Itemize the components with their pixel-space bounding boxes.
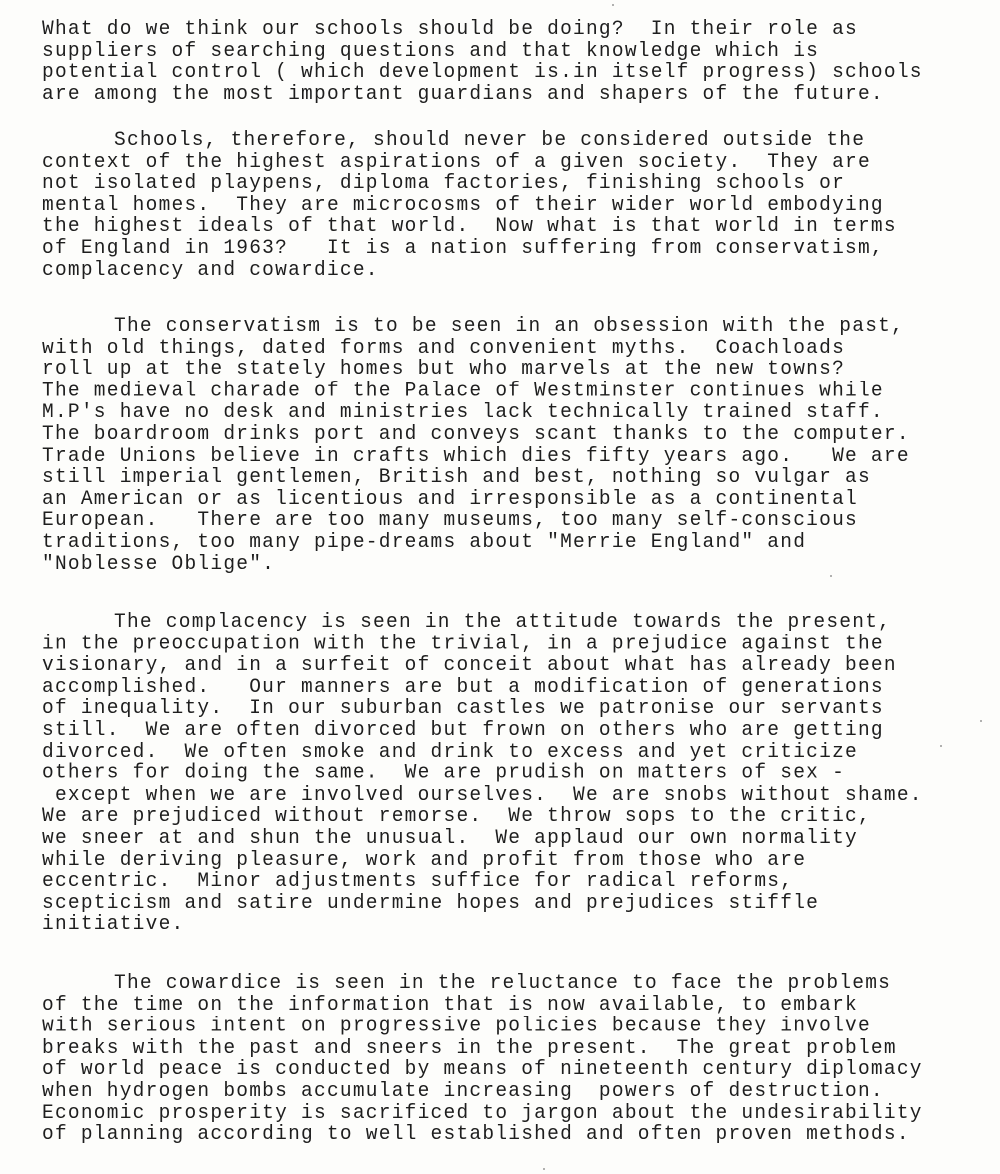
text-line: traditions, too many pipe-dreams about "… xyxy=(42,531,910,554)
text-line: while deriving pleasure, work and profit… xyxy=(42,849,923,872)
text-line: eccentric. Minor adjustments suffice for… xyxy=(42,870,923,893)
text-line: divorced. We often smoke and drink to ex… xyxy=(42,741,923,764)
paragraph-conservatism: The conservatism is to be seen in an obs… xyxy=(42,315,910,574)
text-line: Schools, therefore, should never be cons… xyxy=(42,129,897,152)
text-line: with old things, dated forms and conveni… xyxy=(42,337,910,360)
text-line: potential control ( which development is… xyxy=(42,61,923,84)
text-line: others for doing the same. We are prudis… xyxy=(42,762,923,785)
text-line: of world peace is conducted by means of … xyxy=(42,1058,923,1081)
paragraph-aspirations: Schools, therefore, should never be cons… xyxy=(42,129,897,280)
paragraph-cowardice: The cowardice is seen in the reluctance … xyxy=(42,972,923,1145)
text-line: of inequality. In our suburban castles w… xyxy=(42,697,923,720)
text-line: still. We are often divorced but frown o… xyxy=(42,719,923,742)
text-line: visionary, and in a surfeit of conceit a… xyxy=(42,654,923,677)
text-line: European. There are too many museums, to… xyxy=(42,509,910,532)
text-line: roll up at the stately homes but who mar… xyxy=(42,358,910,381)
text-line: of the time on the information that is n… xyxy=(42,994,923,1017)
text-line: not isolated playpens, diploma factories… xyxy=(42,172,897,195)
paper-speck xyxy=(612,4,614,6)
paper-speck xyxy=(543,1168,545,1170)
text-line: What do we think our schools should be d… xyxy=(42,18,923,41)
text-line: still imperial gentlemen, British and be… xyxy=(42,466,910,489)
text-line: when hydrogen bombs accumulate increasin… xyxy=(42,1080,923,1103)
text-line: The complacency is seen in the attitude … xyxy=(42,611,923,634)
text-line: in the preoccupation with the trivial, i… xyxy=(42,633,923,656)
text-line: The boardroom drinks port and conveys sc… xyxy=(42,423,910,446)
text-line: are among the most important guardians a… xyxy=(42,83,923,106)
text-line: of England in 1963? It is a nation suffe… xyxy=(42,237,897,260)
paper-speck xyxy=(980,720,982,722)
text-line: of planning according to well establishe… xyxy=(42,1123,923,1146)
text-line: The conservatism is to be seen in an obs… xyxy=(42,315,910,338)
text-line: Economic prosperity is sacrificed to jar… xyxy=(42,1102,923,1125)
text-line: context of the highest aspirations of a … xyxy=(42,151,897,174)
text-line: The cowardice is seen in the reluctance … xyxy=(42,972,923,995)
text-line: initiative. xyxy=(42,913,923,936)
text-line: We are prejudiced without remorse. We th… xyxy=(42,805,923,828)
text-line: complacency and cowardice. xyxy=(42,259,897,282)
text-line: suppliers of searching questions and tha… xyxy=(42,40,923,63)
text-line: M.P's have no desk and ministries lack t… xyxy=(42,401,910,424)
text-line: with serious intent on progressive polic… xyxy=(42,1015,923,1038)
paragraph-schools-role: What do we think our schools should be d… xyxy=(42,18,923,104)
text-line: the highest ideals of that world. Now wh… xyxy=(42,215,897,238)
paper-speck xyxy=(830,575,832,577)
text-line: "Noblesse Oblige". xyxy=(42,553,910,576)
paper-speck xyxy=(940,745,942,747)
typed-document-page: What do we think our schools should be d… xyxy=(0,0,1000,1174)
paragraph-complacency: The complacency is seen in the attitude … xyxy=(42,611,923,935)
text-line: we sneer at and shun the unusual. We app… xyxy=(42,827,923,850)
text-line: Trade Unions believe in crafts which die… xyxy=(42,445,910,468)
